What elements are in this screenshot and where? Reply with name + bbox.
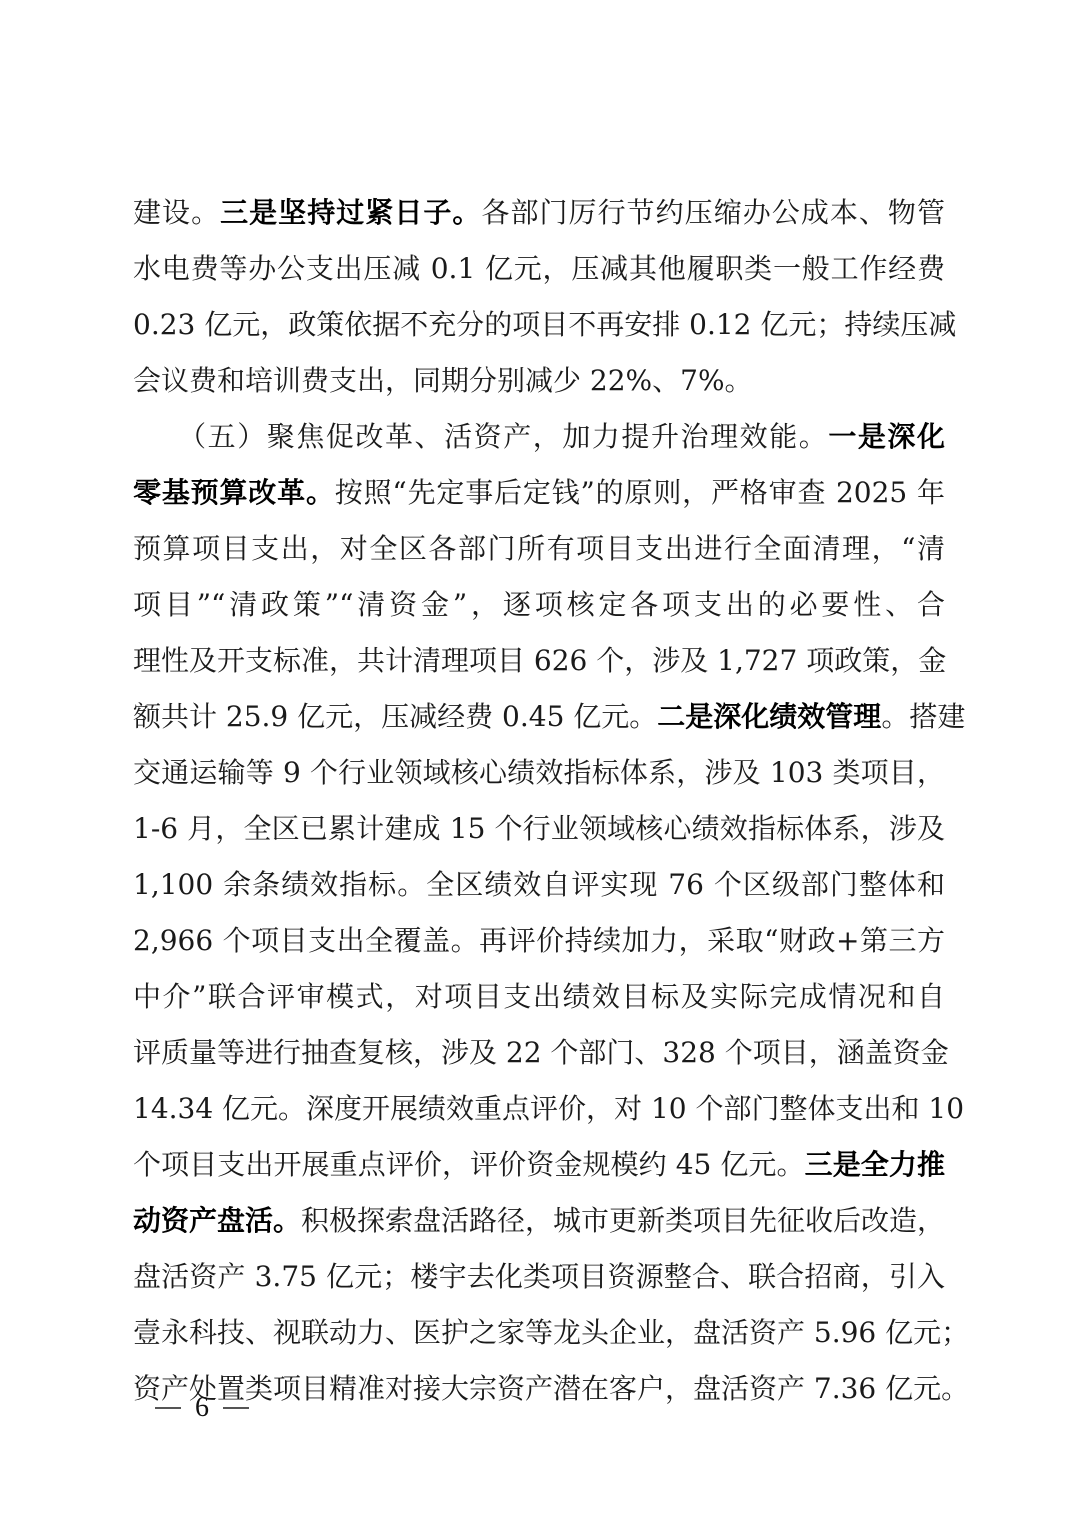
bold-heading-text: 二是深化绩效管理 — [657, 700, 881, 733]
dash-left — [155, 1407, 181, 1409]
text-line-content: 会议费和培训费支出，同期分别减少 22%、7%。 — [133, 358, 945, 414]
bold-heading-text: 动资产盘活。 — [133, 1204, 301, 1237]
bold-heading-text: 一是深化 — [828, 420, 945, 453]
text-line: 壹永科技、视联动力、医护之家等龙头企业，盘活资产 5.96 亿元； — [133, 1310, 945, 1366]
body-text-segment: 额共计 25.9 亿元，压减经费 0.45 亿元。 — [133, 700, 657, 733]
body-text-segment: 理性及开支标准，共计清理项目 626 个，涉及 1,727 项政策，金 — [133, 644, 946, 677]
text-line: 预算项目支出，对全区各部门所有项目支出进行全面清理，“清 — [133, 526, 945, 582]
text-line-content: 盘活资产 3.75 亿元；楼宇去化类项目资源整合、联合招商，引入 — [133, 1254, 945, 1310]
body-text-segment: 积极探索盘活路径，城市更新类项目先征收后改造， — [301, 1204, 945, 1237]
text-line: 会议费和培训费支出，同期分别减少 22%、7%。 — [133, 358, 945, 414]
text-line: 水电费等办公支出压减 0.1 亿元，压减其他履职类一般工作经费 — [133, 246, 945, 302]
bold-heading-text: 三是坚持过紧日子。 — [220, 196, 481, 229]
text-line: 动资产盘活。积极探索盘活路径，城市更新类项目先征收后改造， — [133, 1198, 945, 1254]
text-line: 额共计 25.9 亿元，压减经费 0.45 亿元。二是深化绩效管理。搭建 — [133, 694, 945, 750]
page-number: 6 — [195, 1392, 209, 1424]
body-text-segment: 会议费和培训费支出，同期分别减少 22%、7%。 — [133, 364, 753, 397]
text-line: 建设。三是坚持过紧日子。各部门厉行节约压缩办公成本、物管 — [133, 190, 945, 246]
text-line-content: 交通运输等 9 个行业领域核心绩效指标体系，涉及 103 类项目， — [133, 750, 945, 806]
text-line: 项目”“清政策”“清资金”，逐项核定各项支出的必要性、合 — [133, 582, 945, 638]
page-footer: 6 — [155, 1392, 249, 1424]
text-line: 0.23 亿元，政策依据不充分的项目不再安排 0.12 亿元；持续压减 — [133, 302, 945, 358]
text-line: 盘活资产 3.75 亿元；楼宇去化类项目资源整合、联合招商，引入 — [133, 1254, 945, 1310]
text-line: 1,100 余条绩效指标。全区绩效自评实现 76 个区级部门整体和 — [133, 862, 945, 918]
text-line: 中介”联合评审模式，对项目支出绩效目标及实际完成情况和自 — [133, 974, 945, 1030]
body-text-segment: 交通运输等 9 个行业领域核心绩效指标体系，涉及 103 类项目， — [133, 756, 945, 789]
body-text-segment: 14.34 亿元。深度开展绩效重点评价，对 10 个部门整体支出和 10 — [133, 1092, 964, 1125]
text-line-content: 动资产盘活。积极探索盘活路径，城市更新类项目先征收后改造， — [133, 1198, 945, 1254]
text-line: 1-6 月，全区已累计建成 15 个行业领域核心绩效指标体系，涉及 — [133, 806, 945, 862]
text-line-content: （五）聚焦促改革、活资产，加力提升治理效能。一是深化 — [133, 414, 945, 470]
body-text-segment: 资产处置类项目精准对接大宗资产潜在客户，盘活资产 7.36 亿元。 — [133, 1372, 969, 1405]
body-text-segment: 评质量等进行抽查复核，涉及 22 个部门、328 个项目，涵盖资金 — [133, 1036, 949, 1069]
body-text-segment: 预算项目支出，对全区各部门所有项目支出进行全面清理，“清 — [133, 532, 945, 565]
text-line: 评质量等进行抽查复核，涉及 22 个部门、328 个项目，涵盖资金 — [133, 1030, 945, 1086]
body-text-segment: 0.23 亿元，政策依据不充分的项目不再安排 0.12 亿元；持续压减 — [133, 308, 956, 341]
text-line-content: 2,966 个项目支出全覆盖。再评价持续加力，采取“财政+第三方 — [133, 918, 945, 974]
text-line: 2,966 个项目支出全覆盖。再评价持续加力，采取“财政+第三方 — [133, 918, 945, 974]
document-page: 建设。三是坚持过紧日子。各部门厉行节约压缩办公成本、物管水电费等办公支出压减 0… — [0, 0, 1074, 1520]
body-text-segment: 1,100 余条绩效指标。全区绩效自评实现 76 个区级部门整体和 — [133, 868, 945, 901]
text-line-content: 资产处置类项目精准对接大宗资产潜在客户，盘活资产 7.36 亿元。 — [133, 1366, 945, 1422]
body-text-segment: 各部门厉行节约压缩办公成本、物管 — [481, 196, 945, 229]
text-line: （五）聚焦促改革、活资产，加力提升治理效能。一是深化 — [133, 414, 945, 470]
body-text-segment: 按照“先定事后定钱”的原则，严格审查 2025 年 — [335, 476, 945, 509]
text-line-content: 项目”“清政策”“清资金”，逐项核定各项支出的必要性、合 — [133, 582, 945, 638]
text-line-content: 建设。三是坚持过紧日子。各部门厉行节约压缩办公成本、物管 — [133, 190, 945, 246]
dash-right — [223, 1407, 249, 1409]
bold-heading-text: 零基预算改革。 — [133, 476, 335, 509]
text-line-content: 1-6 月，全区已累计建成 15 个行业领域核心绩效指标体系，涉及 — [133, 806, 945, 862]
text-line: 14.34 亿元。深度开展绩效重点评价，对 10 个部门整体支出和 10 — [133, 1086, 945, 1142]
body-text-segment: 中介”联合评审模式，对项目支出绩效目标及实际完成情况和自 — [133, 980, 945, 1013]
text-line: 零基预算改革。按照“先定事后定钱”的原则，严格审查 2025 年 — [133, 470, 945, 526]
body-text-segment: 项目”“清政策”“清资金”，逐项核定各项支出的必要性、合 — [133, 588, 945, 621]
text-line-content: 零基预算改革。按照“先定事后定钱”的原则，严格审查 2025 年 — [133, 470, 945, 526]
text-line-content: 14.34 亿元。深度开展绩效重点评价，对 10 个部门整体支出和 10 — [133, 1086, 945, 1142]
text-line-content: 额共计 25.9 亿元，压减经费 0.45 亿元。二是深化绩效管理。搭建 — [133, 694, 945, 750]
body-text-segment: 个项目支出开展重点评价，评价资金规模约 45 亿元。 — [133, 1148, 805, 1181]
body-text-segment: （五）聚焦促改革、活资产，加力提升治理效能。 — [133, 420, 828, 453]
bold-heading-text: 三是全力推 — [805, 1148, 945, 1181]
text-line: 资产处置类项目精准对接大宗资产潜在客户，盘活资产 7.36 亿元。 — [133, 1366, 945, 1422]
text-line-content: 评质量等进行抽查复核，涉及 22 个部门、328 个项目，涵盖资金 — [133, 1030, 945, 1086]
body-text-segment: 1-6 月，全区已累计建成 15 个行业领域核心绩效指标体系，涉及 — [133, 812, 945, 845]
text-line-content: 个项目支出开展重点评价，评价资金规模约 45 亿元。三是全力推 — [133, 1142, 945, 1198]
text-line-content: 预算项目支出，对全区各部门所有项目支出进行全面清理，“清 — [133, 526, 945, 582]
text-line: 交通运输等 9 个行业领域核心绩效指标体系，涉及 103 类项目， — [133, 750, 945, 806]
text-line-content: 理性及开支标准，共计清理项目 626 个，涉及 1,727 项政策，金 — [133, 638, 945, 694]
body-text-segment: 2,966 个项目支出全覆盖。再评价持续加力，采取“财政+第三方 — [133, 924, 945, 957]
text-line-content: 壹永科技、视联动力、医护之家等龙头企业，盘活资产 5.96 亿元； — [133, 1310, 945, 1366]
text-line-content: 1,100 余条绩效指标。全区绩效自评实现 76 个区级部门整体和 — [133, 862, 945, 918]
text-line-content: 中介”联合评审模式，对项目支出绩效目标及实际完成情况和自 — [133, 974, 945, 1030]
body-text: 建设。三是坚持过紧日子。各部门厉行节约压缩办公成本、物管水电费等办公支出压减 0… — [133, 190, 945, 1422]
body-text-segment: 建设。 — [133, 196, 220, 229]
text-line: 个项目支出开展重点评价，评价资金规模约 45 亿元。三是全力推 — [133, 1142, 945, 1198]
body-text-segment: 水电费等办公支出压减 0.1 亿元，压减其他履职类一般工作经费 — [133, 252, 945, 285]
text-line-content: 0.23 亿元，政策依据不充分的项目不再安排 0.12 亿元；持续压减 — [133, 302, 945, 358]
body-text-segment: 。搭建 — [881, 700, 965, 733]
text-line-content: 水电费等办公支出压减 0.1 亿元，压减其他履职类一般工作经费 — [133, 246, 945, 302]
body-text-segment: 壹永科技、视联动力、医护之家等龙头企业，盘活资产 5.96 亿元； — [133, 1316, 969, 1349]
text-line: 理性及开支标准，共计清理项目 626 个，涉及 1,727 项政策，金 — [133, 638, 945, 694]
body-text-segment: 盘活资产 3.75 亿元；楼宇去化类项目资源整合、联合招商，引入 — [133, 1260, 945, 1293]
